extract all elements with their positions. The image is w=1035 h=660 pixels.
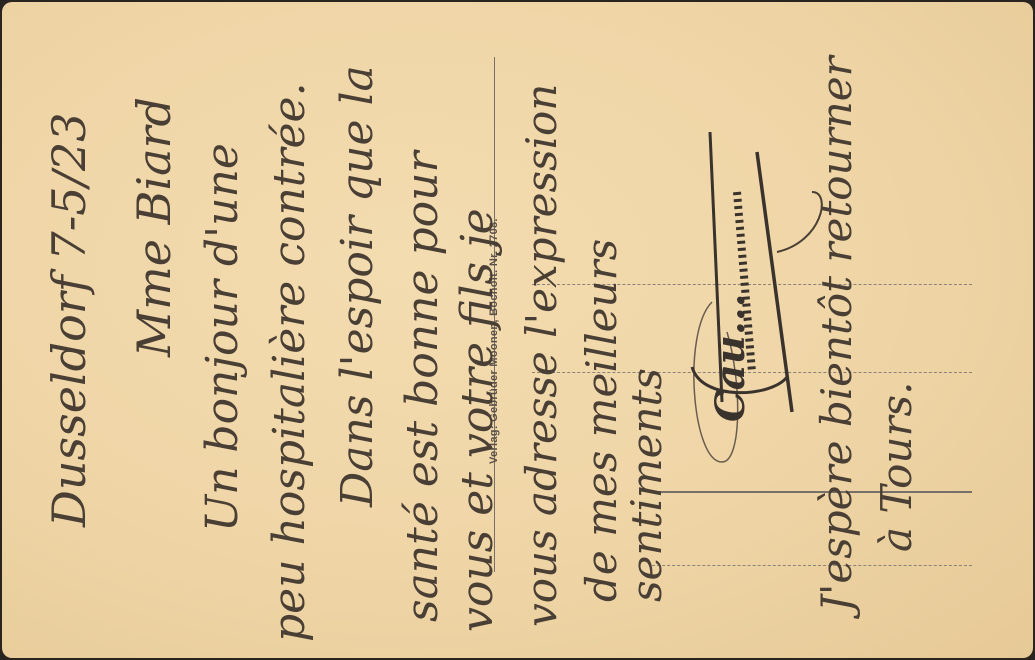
message-line-3: Dans l'espoir que la xyxy=(332,65,383,507)
message-line-2: peu hospitalière contrée. xyxy=(264,82,315,642)
message-line-1: Un bonjour d'une xyxy=(197,143,248,532)
closing-line-1: J'espère bientôt retourner xyxy=(812,56,861,612)
message-line-7: de mes meilleurs xyxy=(577,239,626,602)
message-line-5: vous et votre fils je xyxy=(452,208,503,632)
message-line-6: vous adresse l'expression xyxy=(517,84,566,627)
closing-line-2: à Tours. xyxy=(872,382,921,552)
signature: Cau... xyxy=(707,293,754,422)
place-date: Dusseldorf 7-5/23 xyxy=(42,112,96,527)
postcard-back: Verlag: Gebrüder Moonen, Bocholt. Nr. 27… xyxy=(2,2,1033,658)
message-line-4: santé est bonne pour xyxy=(397,151,448,622)
message-line-8: sentiments xyxy=(622,368,671,602)
recipient: Mme Biard xyxy=(127,97,181,357)
